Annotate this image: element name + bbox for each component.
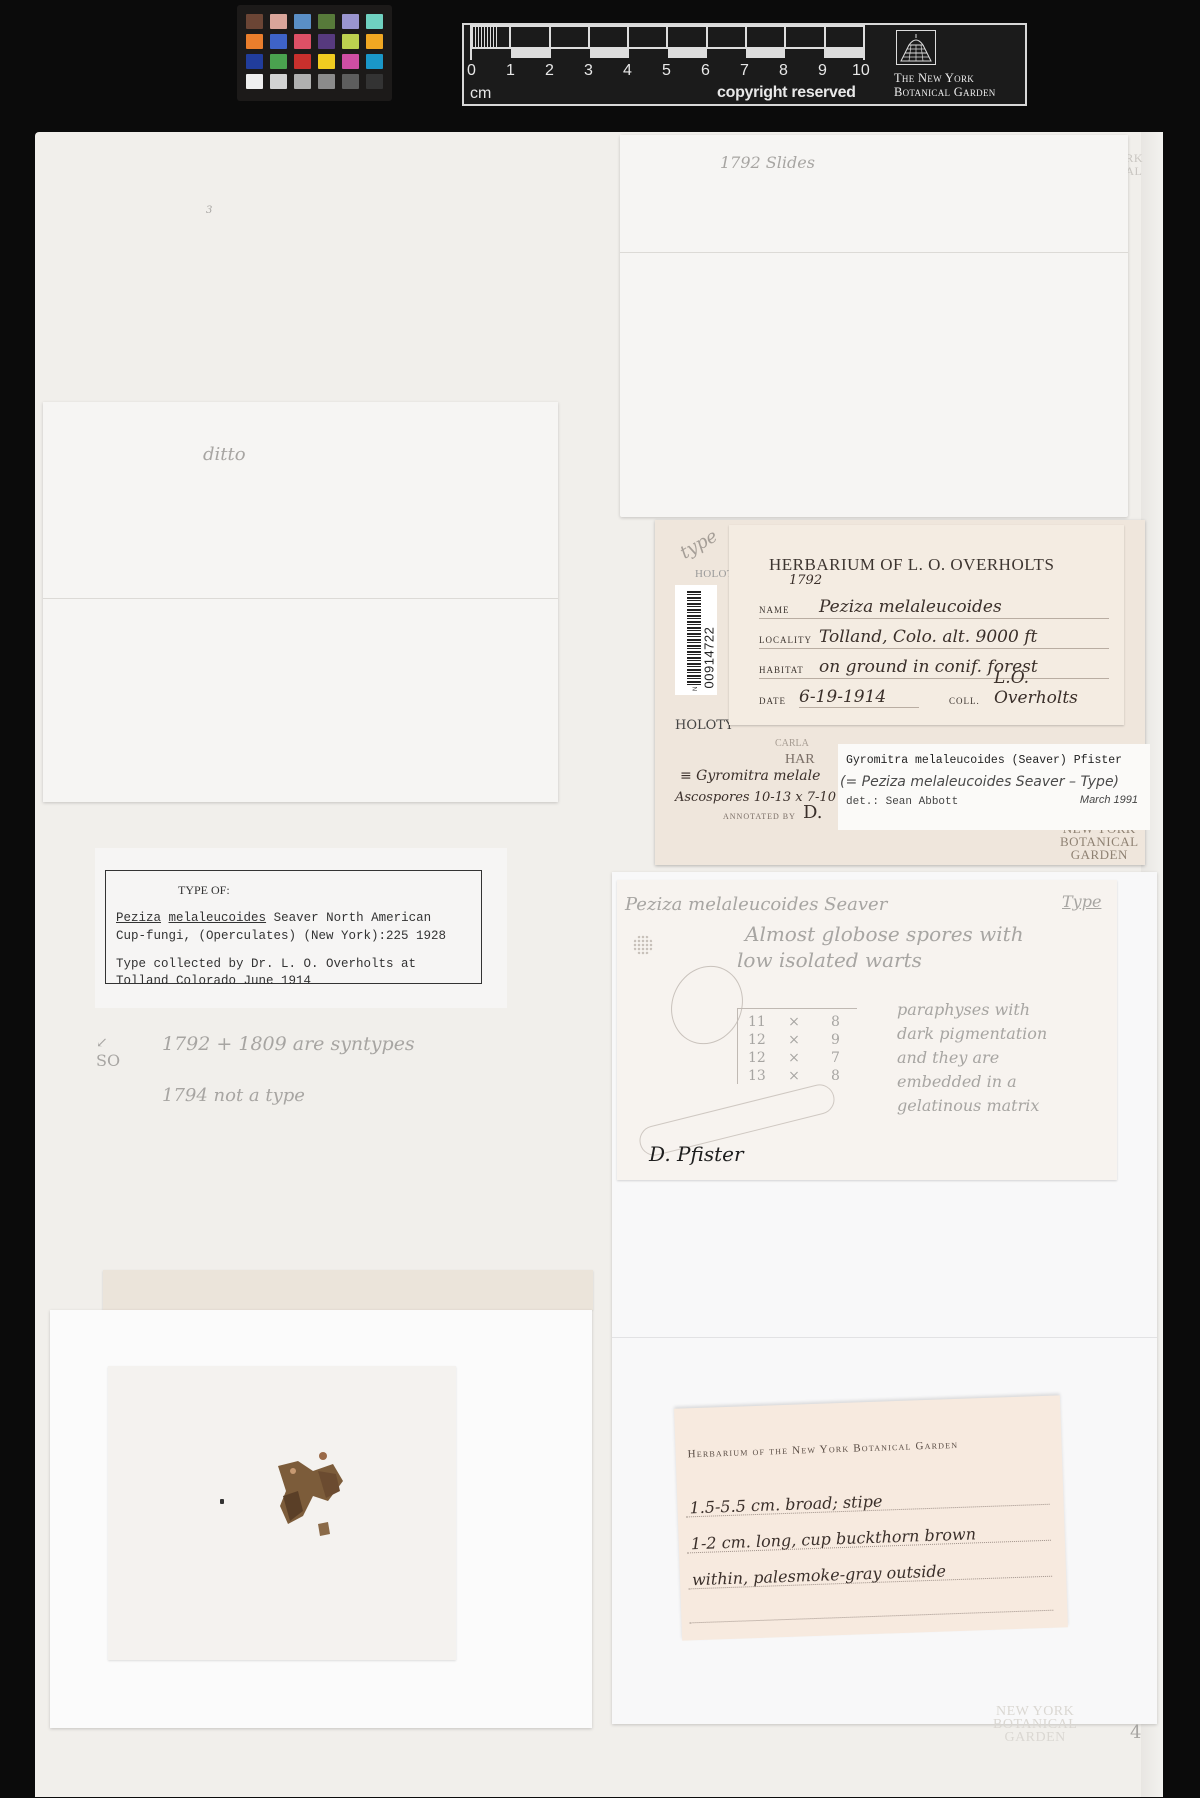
overholts-collection-label: HERBARIUM OF L. O. OVERHOLTS 1792 NAME P… bbox=[729, 525, 1124, 725]
partial-text: HAR bbox=[785, 752, 815, 768]
field-name: NAME Peziza melaleucoides bbox=[759, 595, 1109, 619]
paraphyses-note: paraphyses with dark pigmentation and th… bbox=[897, 998, 1047, 1118]
color-swatch bbox=[366, 14, 383, 29]
pencil-note: ditto bbox=[203, 444, 246, 465]
tick-label: 7 bbox=[740, 62, 749, 80]
pencil-note: 1792 Slides bbox=[720, 153, 815, 172]
nybg-description-label: Herbarium of the New York Botanical Gard… bbox=[674, 1395, 1068, 1640]
color-swatch bbox=[318, 34, 335, 49]
description-line-2: 1-2 cm. long, cup buckthorn brown bbox=[690, 1524, 976, 1553]
pencil-mark: 3 bbox=[206, 205, 212, 216]
conservatory-logo-icon bbox=[896, 30, 936, 65]
signature: D. Pfister bbox=[649, 1142, 744, 1166]
determination-date: March 1991 bbox=[1080, 794, 1138, 806]
barcode-icon bbox=[687, 591, 701, 687]
spore-description-2: low isolated warts bbox=[737, 948, 922, 972]
so-note: ↙ SO bbox=[96, 1035, 120, 1070]
tick-label: 8 bbox=[779, 62, 788, 80]
color-swatch bbox=[318, 74, 335, 89]
color-swatch bbox=[246, 54, 263, 69]
tick-label: 5 bbox=[662, 62, 671, 80]
citation-line-2: Cup-fungi, (Operculates) (New York):225 … bbox=[116, 929, 446, 943]
debris-dot bbox=[220, 1499, 224, 1504]
tick-label: 4 bbox=[623, 62, 632, 80]
color-swatch bbox=[294, 34, 311, 49]
spore-description-1: Almost globose spores with bbox=[745, 922, 1024, 946]
scale-bar: 0 1 2 3 4 5 6 7 8 9 10 cm copyright rese… bbox=[462, 23, 1027, 106]
current-name: Gyromitra melaleucoides (Seaver) Pfister bbox=[846, 754, 1122, 767]
tick-label: 2 bbox=[545, 62, 554, 80]
color-swatch bbox=[270, 74, 287, 89]
packet-edge bbox=[103, 1270, 593, 1310]
partial-text: CARLA bbox=[775, 738, 809, 749]
note-title: Peziza melaleucoides Seaver bbox=[625, 894, 887, 915]
barcode-label: NEW YORK BOTANICAL GARDEN 00914722 bbox=[675, 585, 717, 695]
tick-label: 0 bbox=[467, 62, 476, 80]
color-swatch bbox=[246, 34, 263, 49]
collection-number: 1792 bbox=[789, 573, 822, 588]
holoty-note: HOLOTY bbox=[675, 718, 734, 733]
color-swatch bbox=[366, 54, 383, 69]
label-header: Herbarium of the New York Botanical Gard… bbox=[687, 1439, 958, 1460]
collected-line-1: Type collected by Dr. L. O. Overholts at bbox=[116, 957, 416, 971]
color-swatch bbox=[294, 14, 311, 29]
determiner: det.: Sean Abbott bbox=[846, 796, 958, 808]
color-swatch bbox=[342, 74, 359, 89]
fungus-specimen-icon bbox=[258, 1446, 358, 1566]
tick-label: 9 bbox=[818, 62, 827, 80]
tick-label: 10 bbox=[852, 62, 870, 80]
color-swatch bbox=[270, 54, 287, 69]
color-swatch bbox=[270, 34, 287, 49]
slides-envelope[interactable]: 1792 Slides bbox=[620, 135, 1128, 517]
field-locality: LOCALITY Tolland, Colo. alt. 9000 ft bbox=[759, 625, 1109, 649]
scale-unit: cm bbox=[470, 85, 491, 103]
tick-label: 6 bbox=[701, 62, 710, 80]
not-type-note: 1794 not a type bbox=[162, 1085, 305, 1106]
color-swatch bbox=[366, 34, 383, 49]
scale-numbers: 0 1 2 3 4 5 6 7 8 9 10 bbox=[464, 62, 884, 82]
color-swatch bbox=[246, 74, 263, 89]
barcode-number: 00914722 bbox=[702, 589, 717, 689]
color-swatch bbox=[318, 54, 335, 69]
citation-line-1: Peziza melaleucoides Seaver North Americ… bbox=[116, 911, 431, 925]
type-mark: Type bbox=[1062, 892, 1101, 911]
ruler bbox=[470, 25, 865, 60]
color-swatch bbox=[342, 34, 359, 49]
pfister-note-card: Peziza melaleucoides Seaver Type Almost … bbox=[617, 880, 1117, 1180]
ditto-envelope[interactable]: ditto bbox=[43, 402, 558, 802]
type-of-heading: TYPE OF: bbox=[178, 883, 230, 898]
color-swatch bbox=[294, 74, 311, 89]
collected-line-2: Tolland Colorado June 1914 bbox=[116, 974, 311, 988]
field-date-collector: DATE 6-19-1914 COLL. L.O. Overholts bbox=[759, 685, 1109, 709]
color-checker-card bbox=[237, 5, 392, 101]
spore-sketch-icon bbox=[633, 935, 653, 955]
color-swatch bbox=[366, 74, 383, 89]
color-swatch bbox=[342, 14, 359, 29]
description-line-1: 1.5-5.5 cm. broad; stipe bbox=[689, 1492, 882, 1518]
annotated-by: ANNOTATED BY bbox=[723, 812, 796, 821]
color-swatch bbox=[318, 14, 335, 29]
gyromitra-note: ≡ Gyromitra melale bbox=[680, 768, 820, 784]
sheet-number: 4 bbox=[1130, 1722, 1141, 1743]
determination-label: Gyromitra melaleucoides (Seaver) Pfister… bbox=[838, 744, 1150, 830]
type-note: type bbox=[676, 526, 721, 564]
color-swatch bbox=[246, 14, 263, 29]
tick-label: 3 bbox=[584, 62, 593, 80]
type-of-label: TYPE OF: Peziza melaleucoides Seaver Nor… bbox=[95, 848, 507, 1008]
sheet-stamp: NEW YORKBOTANICALGARDEN bbox=[993, 1705, 1077, 1744]
specimen-packet[interactable] bbox=[50, 1310, 592, 1728]
measurement-table: 11 × 8 12 × 9 12 × 7 13 × 8 bbox=[737, 1008, 857, 1084]
color-swatch bbox=[342, 54, 359, 69]
description-line-3: within, palesmoke-gray outside bbox=[692, 1561, 947, 1589]
color-swatch bbox=[270, 14, 287, 29]
specimen-card bbox=[108, 1366, 456, 1660]
synonym-note: (= Peziza melaleucoides Seaver – Type) bbox=[840, 774, 1119, 790]
copyright-text: copyright reserved bbox=[717, 84, 856, 102]
label-title: HERBARIUM OF L. O. OVERHOLTS bbox=[769, 555, 1054, 575]
annotator-initial: D. bbox=[803, 802, 823, 823]
tick-label: 1 bbox=[506, 62, 515, 80]
syntype-note: 1792 + 1809 are syntypes bbox=[162, 1033, 415, 1055]
org-name: The New York Botanical Garden bbox=[894, 71, 996, 99]
color-swatch bbox=[294, 54, 311, 69]
